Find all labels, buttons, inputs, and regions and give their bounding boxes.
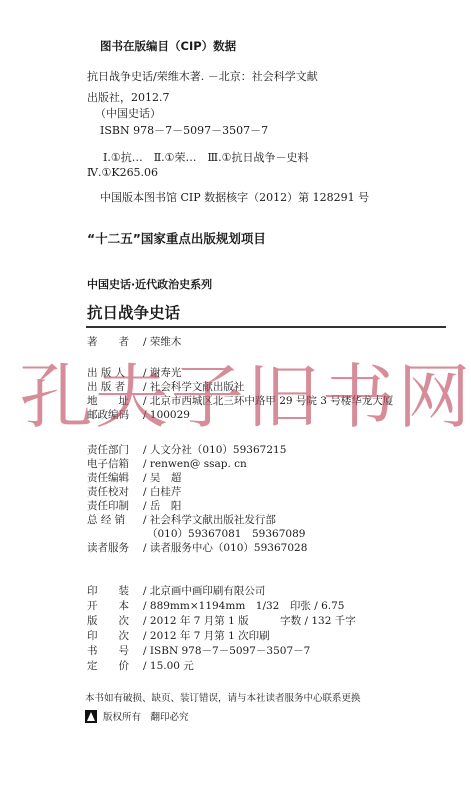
row-value: 吴 超	[150, 472, 182, 484]
row-value: （010）59367081 59367089	[147, 528, 305, 540]
cip-heading: 图书在版编目（CIP）数据	[100, 38, 236, 54]
series-title: 中国史话·近代政治史系列	[87, 276, 212, 292]
row-label: 出 版 人	[87, 366, 143, 380]
row-label: 印 装	[87, 584, 143, 598]
row-value: 岳 阳	[150, 500, 182, 512]
publisher-row: 出 版 人/ 谢寿光	[87, 366, 181, 380]
row-label: 版 次	[87, 614, 143, 628]
cip-line: 出版社，2012.7	[87, 91, 170, 104]
responsibility-row: 责任编辑/ 吴 超	[87, 471, 181, 485]
row-label: 责任部门	[87, 443, 143, 457]
project-label: “十二五”国家重点出版规划项目	[87, 229, 266, 247]
cip-classification: Ⅳ.①K265.06	[87, 166, 158, 179]
responsibility-row: 电子信箱/ renwen@ ssap. cn	[87, 457, 247, 471]
row-label: 责任印制	[87, 499, 143, 513]
publisher-row: 邮政编码/ 100029	[87, 408, 190, 422]
book-title: 抗日战争史话	[87, 301, 180, 323]
cip-line: ISBN 978－7－5097－3507－7	[100, 124, 268, 137]
cip-record-number: 中国版本图书馆 CIP 数据核字（2012）第 128291 号	[100, 191, 369, 204]
row-label: 开 本	[87, 599, 143, 613]
copyright-text: 版权所有 翻印必究	[103, 709, 189, 723]
responsibility-row: 总 经 销/ 社会科学文献出版社发行部	[87, 513, 276, 527]
author-label: 著 者	[87, 335, 143, 349]
author-value: 荣维木	[150, 336, 182, 348]
print-row: 印 装/ 北京画中画印刷有限公司	[87, 584, 265, 598]
title-rule	[86, 326, 446, 328]
print-row: 定 价/ 15.00 元	[87, 659, 194, 673]
row-value: 人文分社（010）59367215	[150, 444, 286, 456]
print-row: 印 次/ 2012 年 7 月第 1 次印刷	[87, 629, 270, 643]
row-label: 责任编辑	[87, 471, 143, 485]
publisher-logo-icon	[85, 710, 97, 723]
row-value: 读者服务中心（010）59367028	[150, 542, 307, 554]
publisher-row: 出 版 者/ 社会科学文献出版社	[87, 380, 244, 394]
responsibility-row: 责任部门/ 人文分社（010）59367215	[87, 443, 286, 457]
replacement-notice: 本书如有破损、缺页、装订错误，请与本社读者服务中心联系更换	[85, 690, 361, 704]
row-value: 2012 年 7 月第 1 版 字数 / 132 千字	[150, 615, 356, 627]
row-label: 地 址	[87, 394, 143, 408]
row-label: 书 号	[87, 644, 143, 658]
cip-line: 抗日战争史话/荣维木著. －北京：社会科学文献	[87, 70, 318, 83]
row-value: 100029	[150, 409, 190, 421]
responsibility-row: 责任印制/ 岳 阳	[87, 499, 181, 513]
responsibility-row-continued: （010）59367081 59367089	[147, 527, 305, 541]
row-value: 北京市西城区北三环中路甲 29 号院 3 号楼华龙大厦	[150, 395, 393, 407]
cip-line: （中国史话）	[95, 107, 161, 120]
email-value: renwen@ ssap. cn	[150, 458, 247, 470]
row-label: 读者服务	[87, 541, 143, 555]
row-label: 电子信箱	[87, 457, 143, 471]
row-label: 印 次	[87, 629, 143, 643]
author-row: 著 者/ 荣维木	[87, 335, 181, 349]
row-label: 出 版 者	[87, 380, 143, 394]
row-value: 15.00 元	[150, 660, 194, 672]
copyright-line: 版权所有 翻印必究	[85, 709, 189, 723]
row-label: 邮政编码	[87, 408, 143, 422]
row-value: 社会科学文献出版社	[150, 381, 245, 393]
cip-classification: Ⅰ.①抗… Ⅱ.①荣… Ⅲ.①抗日战争－史料	[103, 151, 309, 164]
row-label: 责任校对	[87, 485, 143, 499]
responsibility-row: 责任校对/ 白桂芹	[87, 485, 181, 499]
row-value: 北京画中画印刷有限公司	[150, 585, 266, 597]
print-row: 书 号/ ISBN 978－7－5097－3507－7	[87, 644, 310, 658]
row-value: 2012 年 7 月第 1 次印刷	[150, 630, 270, 642]
print-row: 版 次/ 2012 年 7 月第 1 版 字数 / 132 千字	[87, 614, 356, 628]
row-value: ISBN 978－7－5097－3507－7	[150, 645, 310, 657]
row-value: 谢寿光	[150, 367, 182, 379]
row-value: 889mm×1194mm 1/32 印张 / 6.75	[150, 600, 345, 612]
row-value: 社会科学文献出版社发行部	[150, 514, 276, 526]
row-label: 总 经 销	[87, 513, 143, 527]
print-row: 开 本/ 889mm×1194mm 1/32 印张 / 6.75	[87, 599, 344, 613]
row-label: 定 价	[87, 659, 143, 673]
row-value: 白桂芹	[150, 486, 182, 498]
publisher-row: 地 址/ 北京市西城区北三环中路甲 29 号院 3 号楼华龙大厦	[87, 394, 393, 408]
responsibility-row: 读者服务/ 读者服务中心（010）59367028	[87, 541, 307, 555]
